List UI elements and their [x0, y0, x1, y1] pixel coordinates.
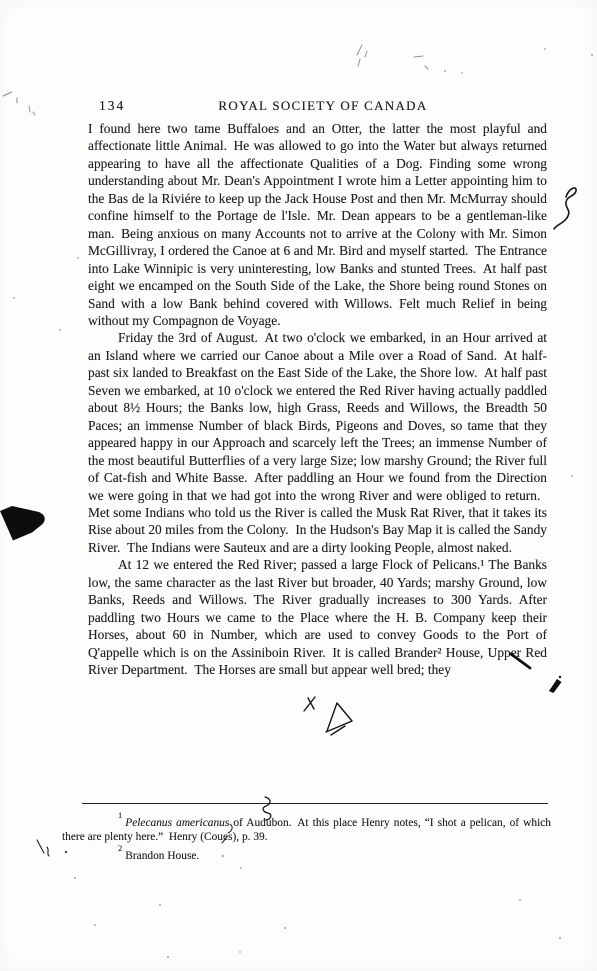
pen-mark-on-reeds [304, 697, 315, 711]
margin-triangle-mark [0, 506, 45, 541]
ink-flag-dot [559, 676, 561, 678]
handwritten-squiggle-right-margin [554, 188, 576, 229]
body-paragraph-3: At 12 we entered the Red River; passed a… [88, 556, 547, 678]
page-body-text: I found here two tame Buffaloes and an O… [88, 120, 547, 679]
pen-scribble-center-text [326, 703, 352, 735]
running-header-title: ROYAL SOCIETY OF CANADA [88, 98, 558, 114]
scanned-page: 134 ROYAL SOCIETY OF CANADA I found here… [0, 0, 597, 971]
body-paragraph-1: I found here two tame Buffaloes and an O… [88, 120, 547, 329]
running-header: 134 ROYAL SOCIETY OF CANADA [0, 98, 597, 118]
faint-top-marks [357, 45, 428, 69]
footnote-1: 1Pelecanus americanus of Audubon. At thi… [62, 811, 551, 844]
footnote-2: 2Brandon House. [62, 844, 551, 863]
ink-flag-right-margin [549, 679, 562, 693]
bottom-left-pen-marks [37, 840, 49, 856]
footnote-divider [82, 803, 548, 804]
footnotes: 1Pelecanus americanus of Audubon. At thi… [62, 811, 551, 863]
footnote-1-species: Pelecanus americanus [125, 817, 229, 829]
footnote-1-marker: 1 [118, 810, 122, 820]
footnote-2-text: Brandon House. [125, 850, 199, 862]
footnote-2-marker: 2 [118, 843, 122, 853]
body-paragraph-2: Friday the 3rd of August. At two o'clock… [88, 329, 547, 556]
